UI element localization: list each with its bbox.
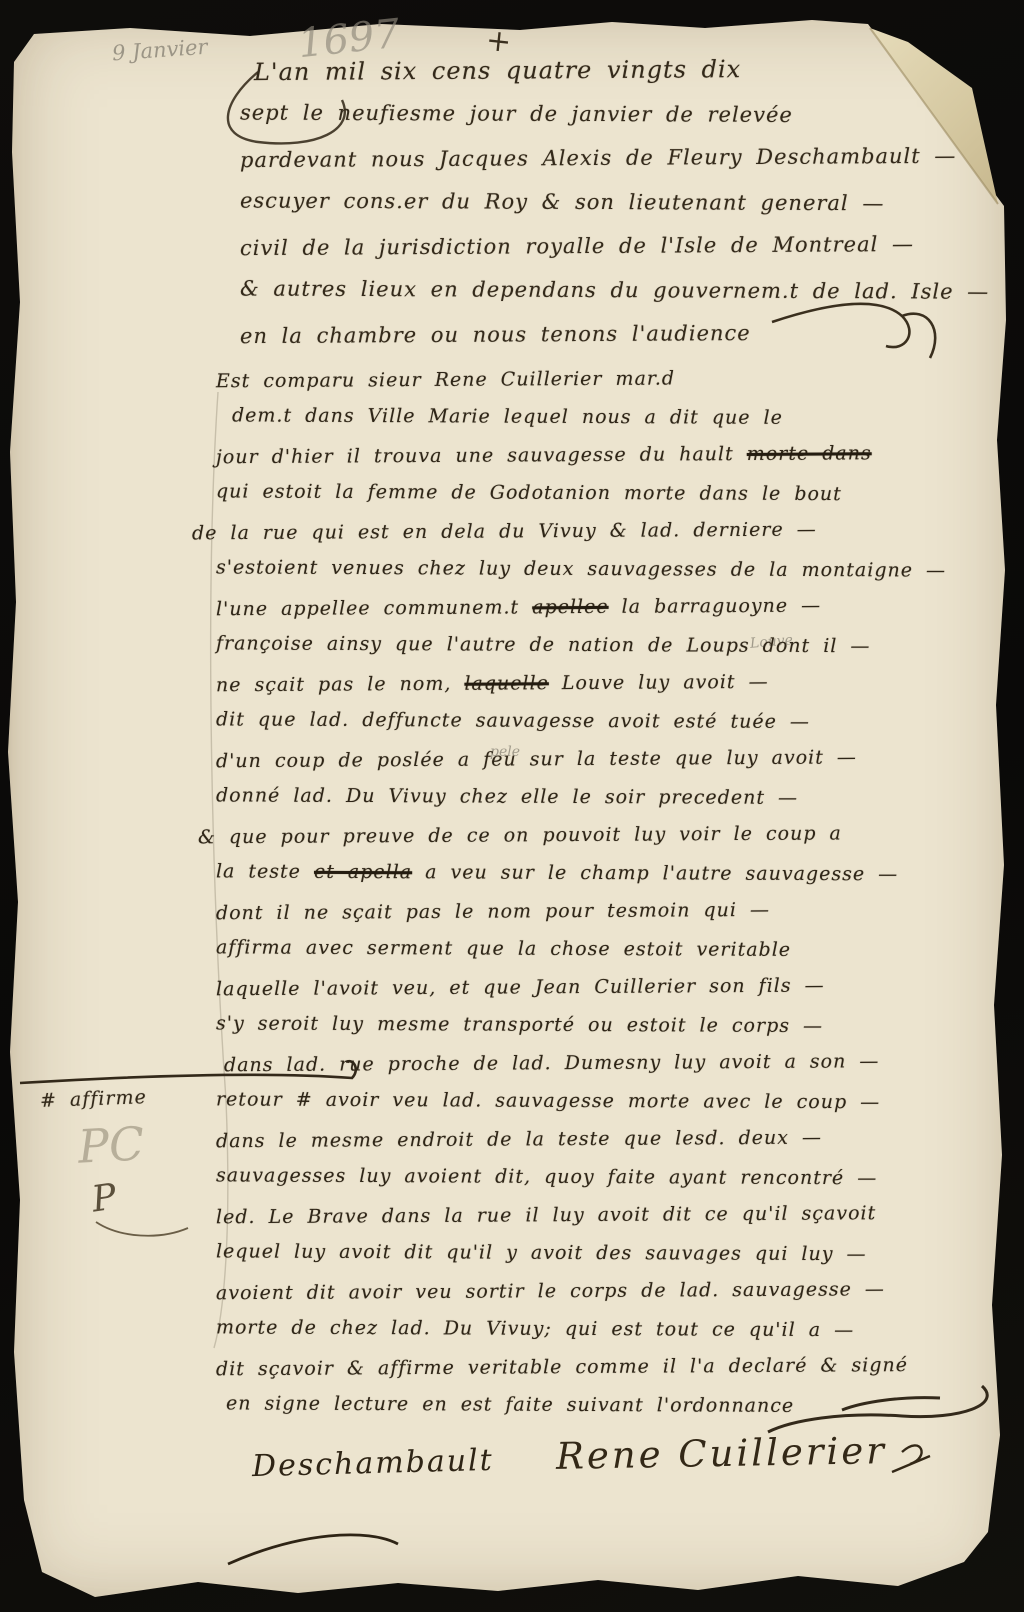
manuscript-line: de la rue qui est en dela du Vivuy & lad… <box>192 510 956 553</box>
margin-insertion-note: # affirme <box>40 1086 147 1112</box>
margin-initials: PC <box>77 1116 146 1173</box>
manuscript-line: affirma avec serment que la chose estoit… <box>216 928 956 969</box>
manuscript-line: dans lad. rue proche de lad. Dumesny luy… <box>224 1042 956 1084</box>
manuscript-paragraph-deposition: Est comparu sieur Rene Cuillerier mar.dd… <box>216 360 956 1424</box>
manuscript-line: & que pour preuve de ce on pouvoit luy v… <box>198 814 956 857</box>
manuscript-line: en la chambre ou nous tenons l'audience <box>240 310 940 358</box>
manuscript-line: escuyer cons.er du Roy & son lieutenant … <box>240 178 940 225</box>
manuscript-line: qui estoit la femme de Godotanion morte … <box>216 472 956 513</box>
manuscript-line: morte de chez lad. Du Vivuy; qui est tou… <box>216 1308 956 1349</box>
manuscript-line: dit sçavoir & affirme veritable comme il… <box>216 1346 956 1389</box>
manuscript-line: & autres lieux en dependans du gouvernem… <box>240 266 940 313</box>
photograph-backdrop: 9 Janvier 1697 + Louve pele L'an mil six… <box>0 0 1024 1612</box>
manuscript-line: dont il ne sçait pas le nom pour tesmoin… <box>216 890 956 933</box>
manuscript-line: donné lad. Du Vivuy chez elle le soir pr… <box>216 776 956 817</box>
manuscript-line: françoise ainsy que l'autre de nation de… <box>216 624 956 665</box>
signature-deschambault: Deschambault <box>252 1443 495 1484</box>
manuscript-line: avoient dit avoir veu sortir le corps de… <box>216 1270 956 1313</box>
manuscript-line: L'an mil six cens quatre vingts dix <box>254 46 940 94</box>
manuscript-line: s'estoient venues chez luy deux sauvages… <box>216 548 956 589</box>
manuscript-line: pardevant nous Jacques Alexis de Fleury … <box>240 134 940 182</box>
manuscript-line: en signe lecture en est faite suivant l'… <box>226 1384 956 1425</box>
manuscript-paragraph-opening: L'an mil six cens quatre vingts dixsept … <box>240 48 940 356</box>
manuscript-line: retour # avoir veu lad. sauvagesse morte… <box>216 1080 956 1121</box>
manuscript-line: d'un coup de poslée a feu sur la teste q… <box>216 738 956 781</box>
manuscript-line: s'y seroit luy mesme transporté ou estoi… <box>216 1004 956 1045</box>
manuscript-line: dans le mesme endroit de la teste que le… <box>216 1118 956 1161</box>
manuscript-line: jour d'hier il trouva une sauvagesse du … <box>216 434 956 477</box>
manuscript-line: la teste et apella a veu sur le champ l'… <box>216 852 956 893</box>
manuscript-line: l'une appellee communem.t apellee la bar… <box>216 586 956 629</box>
manuscript-line: ne sçait pas le nom, laquelle Louve luy … <box>216 662 956 705</box>
manuscript-line: lequel luy avoit dit qu'il y avoit des s… <box>216 1232 956 1273</box>
manuscript-line: Est comparu sieur Rene Cuillerier mar.d <box>216 358 956 401</box>
manuscript-line: sauvagesses luy avoient dit, quoy faite … <box>216 1156 956 1197</box>
manuscript-line: civil de la jurisdiction royalle de l'Is… <box>240 222 940 270</box>
manuscript-line: led. Le Brave dans la rue il luy avoit d… <box>216 1194 956 1237</box>
signature-rene-cuillerier: Rene Cuillerier <box>556 1429 888 1478</box>
manuscript-line: sept le neufiesme jour de janvier de rel… <box>240 90 940 137</box>
manuscript-line: dit que lad. deffuncte sauvagesse avoit … <box>216 700 956 741</box>
manuscript-line: dem.t dans Ville Marie lequel nous a dit… <box>232 396 956 437</box>
manuscript-line: laquelle l'avoit veu, et que Jean Cuille… <box>216 966 956 1009</box>
